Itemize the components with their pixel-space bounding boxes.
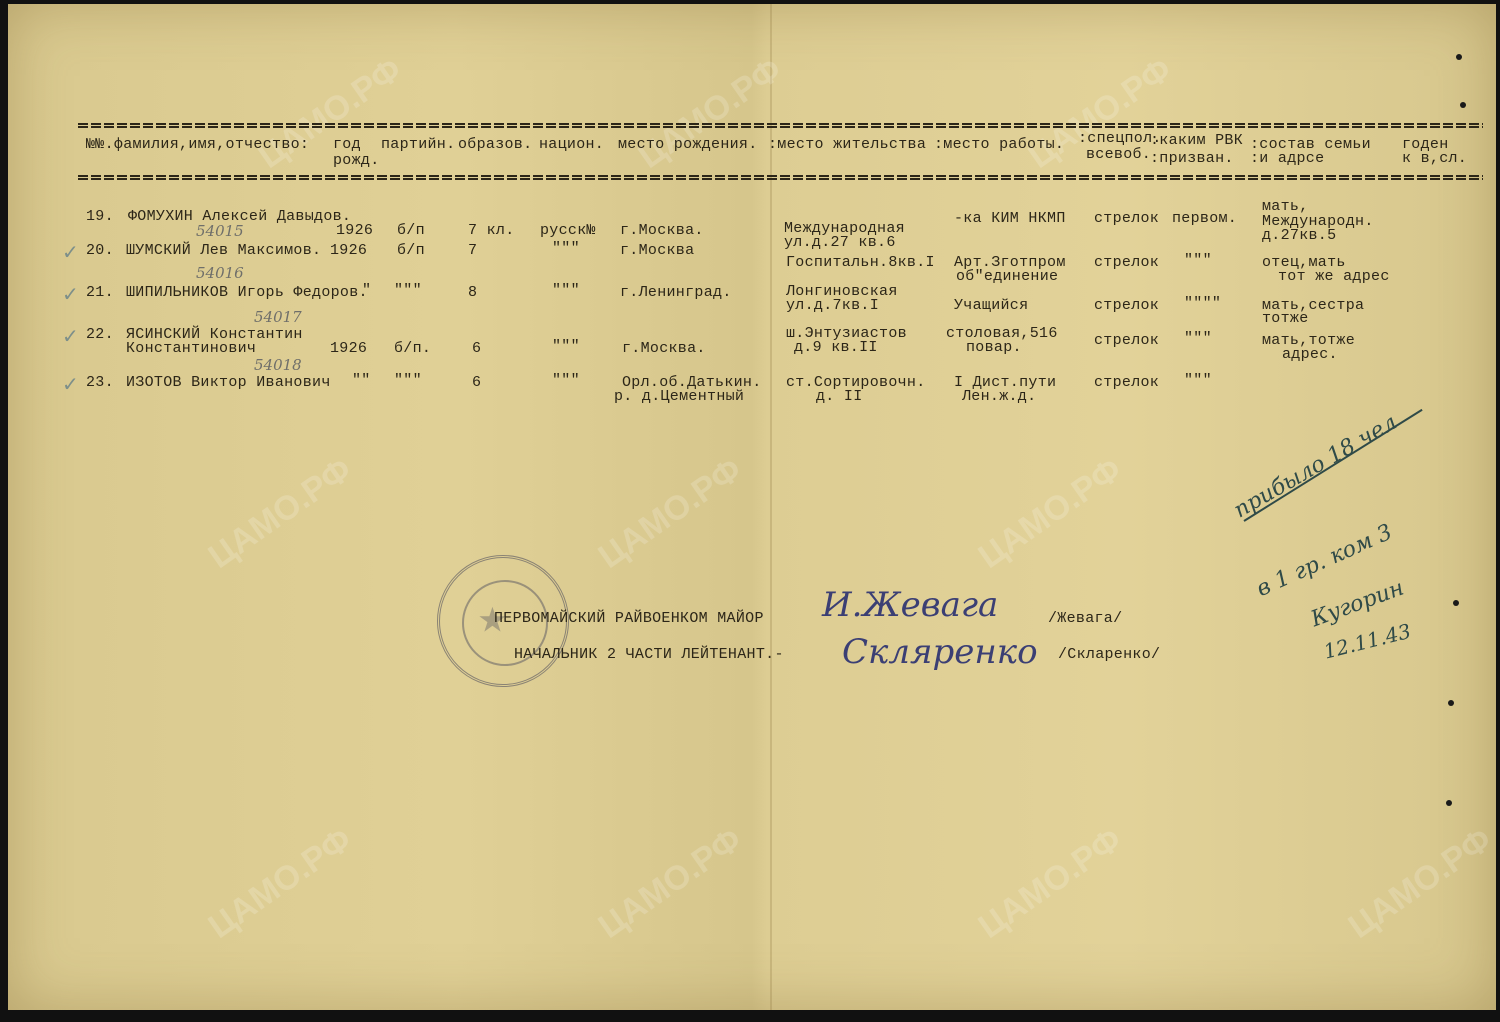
row-rvk: """" [1184,297,1221,311]
header-education: образов. [458,138,532,152]
row-family-2: тотже [1262,312,1309,326]
header-family-2: :и адрсе [1250,152,1324,166]
check-mark-icon: ✓ [62,240,79,264]
row-number: 22. [86,328,114,342]
row-birthplace-2: р. д.Цементный [614,390,744,404]
header-rvk: :каким РВК [1150,134,1243,148]
row-education: 6 [472,376,481,390]
row-specialty: стрелок [1094,334,1159,348]
row-number: 20. [86,244,114,258]
row-name: ИЗОТОВ Виктор Иванович [126,376,331,390]
row-residence-2: ул.д.27 кв.6 [784,236,896,250]
watermark: ЦАМО.РФ [632,50,789,177]
row-birthplace: г.Москва. [622,342,706,356]
row-specialty: стрелок [1094,212,1159,226]
row-work-2: повар. [966,341,1022,355]
row-number: 21. [86,286,114,300]
header-fit-2: к в,сл. [1402,152,1467,166]
row-name: ШУМСКИЙ Лев Максимов. [126,244,321,258]
row-name: ШИПИЛЬНИКОВ Игорь Федоров. [126,286,368,300]
header-birthplace: место рождения. [618,138,758,152]
row-residence-2: ул.д.7кв.I [786,299,879,313]
row-residence-2: д. II [816,390,863,404]
row-education: 6 [472,342,481,356]
check-mark-icon: ✓ [62,324,79,348]
row-nationality: """ [552,284,580,298]
row-family: мать, [1262,200,1309,214]
watermark: ЦАМО.РФ [972,450,1129,577]
row-nationality: """ [552,340,580,354]
header-rule-bottom [78,175,1483,181]
row-nationality: русск№ [540,224,596,238]
header-residence: :место жительства [768,138,926,152]
watermark: ЦАМО.РФ [592,820,749,947]
header-nationality: национ. [539,138,604,152]
punch-hole [1448,700,1454,706]
row-name-2: Константинович [126,342,256,356]
signature-title-2: НАЧАЛЬНИК 2 ЧАСТИ ЛЕЙТЕНАНТ.- [514,648,784,662]
handwritten-signature-1: И.Жевага [822,585,998,625]
row-work-2: об"единение [956,270,1058,284]
row-year: 1926 [330,342,367,356]
row-family-2: адрес. [1282,348,1338,362]
pencil-id: 54017 [254,308,302,326]
header-rule-top [78,123,1483,129]
watermark: ЦАМО.РФ [252,50,409,177]
row-rvk: """ [1184,332,1212,346]
row-work-2: Лен.ж.д. [962,390,1036,404]
row-number: 19. [86,210,114,224]
header-specialty-2: всевоб. [1086,148,1151,162]
row-work: Учащийся [954,299,1028,313]
row-party: б/п [397,244,425,258]
row-family-2: тот же адрес [1278,270,1390,284]
row-party: """ [394,374,422,388]
page-fold [770,4,772,1010]
row-number: 23. [86,376,114,390]
row-year: "" [352,374,371,388]
row-rvk: """ [1184,254,1212,268]
signature-title-1: ПЕРВОМАЙСКИЙ РАЙВОЕНКОМ МАЙОР [494,612,764,626]
row-year: 1926 [330,244,367,258]
row-specialty: стрелок [1094,376,1159,390]
row-rvk: """ [1184,374,1212,388]
row-family-3: д.27кв.5 [1262,229,1336,243]
watermark: ЦАМО.РФ [1342,820,1499,947]
row-residence-2: д.9 кв.II [794,341,878,355]
signature-name-2: /Скларенко/ [1058,648,1160,662]
check-mark-icon: ✓ [62,372,79,396]
row-party: """ [394,284,422,298]
check-mark-icon: ✓ [62,282,79,306]
handwritten-signature-2: Скляренко [842,632,1038,672]
watermark: ЦАМО.РФ [972,820,1129,947]
pencil-id: 54016 [196,264,244,282]
row-specialty: стрелок [1094,256,1159,270]
row-party: б/п [397,224,425,238]
row-party: б/п. [394,342,431,356]
signature-name-1: /Жевага/ [1048,612,1122,626]
punch-hole [1446,800,1452,806]
row-year: " [362,284,371,298]
row-work: -ка КИМ НКМП [954,212,1066,226]
row-education: 8 [468,286,477,300]
header-year: год [333,138,361,152]
row-birthplace: г.Москва. [620,224,704,238]
pencil-id: 54018 [254,356,302,374]
header-year-2: рожд. [333,154,380,168]
watermark: ЦАМО.РФ [202,820,359,947]
row-residence: Госпитальн.8кв.I [786,256,935,270]
header-rvk-2: :призван. [1150,152,1234,166]
row-education: 7 [468,244,477,258]
pencil-id: 54015 [196,222,244,240]
watermark: ЦАМО.РФ [202,450,359,577]
punch-hole [1456,54,1462,60]
punch-hole [1453,600,1459,606]
row-rvk: первом. [1172,212,1237,226]
row-specialty: стрелок [1094,299,1159,313]
row-nationality: """ [552,242,580,256]
row-nationality: """ [552,374,580,388]
row-birthplace: г.Ленинград. [620,286,732,300]
row-year: 1926 [336,224,373,238]
header-party: партийн. [381,138,455,152]
header-work: :место работы. [934,138,1064,152]
row-birthplace: г.Москва [620,244,694,258]
punch-hole [1460,102,1466,108]
header-no-name: №№.фамилия,имя,отчество: [86,138,309,152]
watermark: ЦАМО.РФ [592,450,749,577]
row-education: 7 кл. [468,224,515,238]
